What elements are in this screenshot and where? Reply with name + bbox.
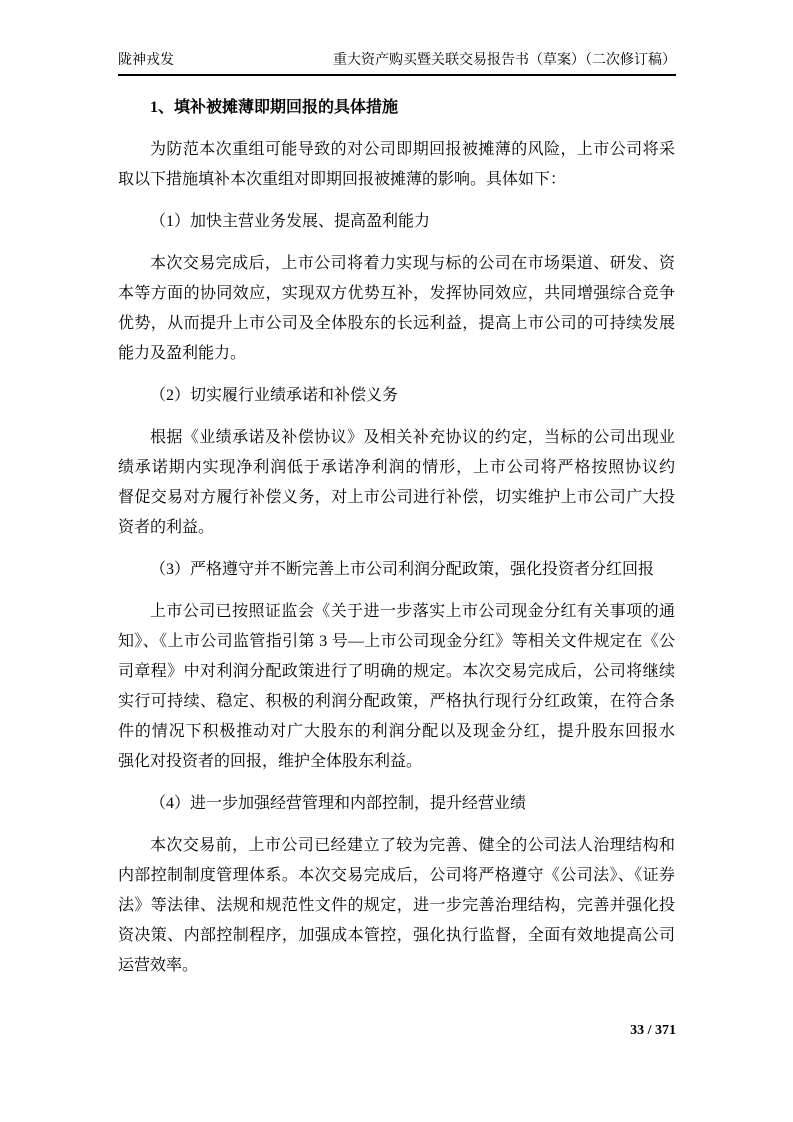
text-line: 绩承诺期内实现净利润低于承诺净利润的情形，上市公司将严格按照协议约定， xyxy=(118,453,675,483)
section-heading: 1、填补被摊薄即期回报的具体措施 xyxy=(118,93,675,123)
sub-heading: （3）严格遵守并不断完善上市公司利润分配政策，强化投资者分红回报 xyxy=(118,555,675,585)
page-header: 陇神戎发 重大资产购买暨关联交易报告书（草案）（二次修订稿） xyxy=(118,52,676,76)
sub-heading: （1）加快主营业务发展、提高盈利能力 xyxy=(118,207,675,237)
paragraph: 本次交易前，上市公司已经建立了较为完善、健全的公司法人治理结构和内部控制制度管理… xyxy=(118,831,675,981)
text-line: 实行可持续、稳定、积极的利润分配政策，严格执行现行分红政策，在符合条 xyxy=(118,687,675,717)
text-line: 件的情况下积极推动对广大股东的利润分配以及现金分红，提升股东回报水平， xyxy=(118,717,675,747)
text-line: 内部控制制度管理体系。本次交易完成后，公司将严格遵守《公司法》、《证券 xyxy=(118,861,675,891)
text-line: 为防范本次重组可能导致的对公司即期回报被摊薄的风险，上市公司将采 xyxy=(118,135,675,165)
paragraph: 根据《业绩承诺及补偿协议》及相关补充协议的约定，当标的公司出现业绩承诺期内实现净… xyxy=(118,423,675,543)
text-line: 督促交易对方履行补偿义务，对上市公司进行补偿，切实维护上市公司广大投 xyxy=(118,483,675,513)
header-row: 陇神戎发 重大资产购买暨关联交易报告书（草案）（二次修订稿） xyxy=(118,52,676,70)
sub-heading: （4）进一步加强经营管理和内部控制，提升经营业绩 xyxy=(118,789,675,819)
text-line: 本等方面的协同效应，实现双方优势互补，发挥协同效应，共同增强综合竞争 xyxy=(118,279,675,309)
header-company-name: 陇神戎发 xyxy=(118,52,174,70)
text-line: 能力及盈利能力。 xyxy=(118,339,675,369)
text-line: 本次交易完成后，上市公司将着力实现与标的公司在市场渠道、研发、资 xyxy=(118,249,675,279)
text-line: 知》、《上市公司监管指引第 3 号—上市公司现金分红》等相关文件规定在《公 xyxy=(118,627,675,657)
text-line: 取以下措施填补本次重组对即期回报被摊薄的影响。具体如下： xyxy=(118,165,675,195)
sub-heading: （2）切实履行业绩承诺和补偿义务 xyxy=(118,381,675,411)
page-footer: 33 / 371 xyxy=(118,1023,676,1039)
paragraph: 本次交易完成后，上市公司将着力实现与标的公司在市场渠道、研发、资本等方面的协同效… xyxy=(118,249,675,369)
text-line: 本次交易前，上市公司已经建立了较为完善、健全的公司法人治理结构和 xyxy=(118,831,675,861)
text-line: 运营效率。 xyxy=(118,951,675,981)
text-line: 资者的利益。 xyxy=(118,513,675,543)
paragraph: 上市公司已按照证监会《关于进一步落实上市公司现金分红有关事项的通知》、《上市公司… xyxy=(118,597,675,777)
text-line: 上市公司已按照证监会《关于进一步落实上市公司现金分红有关事项的通 xyxy=(118,597,675,627)
text-line: 根据《业绩承诺及补偿协议》及相关补充协议的约定，当标的公司出现业 xyxy=(118,423,675,453)
text-line: 司章程》中对利润分配政策进行了明确的规定。本次交易完成后，公司将继续 xyxy=(118,657,675,687)
header-divider xyxy=(118,74,676,76)
document-page: 陇神戎发 重大资产购买暨关联交易报告书（草案）（二次修订稿） 1、填补被摊薄即期… xyxy=(0,0,793,1122)
text-line: 法》等法律、法规和规范性文件的规定，进一步完善治理结构，完善并强化投 xyxy=(118,891,675,921)
paragraph: 为防范本次重组可能导致的对公司即期回报被摊薄的风险，上市公司将采取以下措施填补本… xyxy=(118,135,675,195)
document-content: 1、填补被摊薄即期回报的具体措施为防范本次重组可能导致的对公司即期回报被摊薄的风… xyxy=(118,93,675,981)
text-line: 资决策、内部控制程序，加强成本管控，强化执行监督，全面有效地提高公司 xyxy=(118,921,675,951)
header-document-title: 重大资产购买暨关联交易报告书（草案）（二次修订稿） xyxy=(333,52,676,70)
text-line: 强化对投资者的回报，维护全体股东利益。 xyxy=(118,747,675,777)
text-line: 优势，从而提升上市公司及全体股东的长远利益，提高上市公司的可持续发展 xyxy=(118,309,675,339)
page-number: 33 / 371 xyxy=(630,1023,676,1038)
